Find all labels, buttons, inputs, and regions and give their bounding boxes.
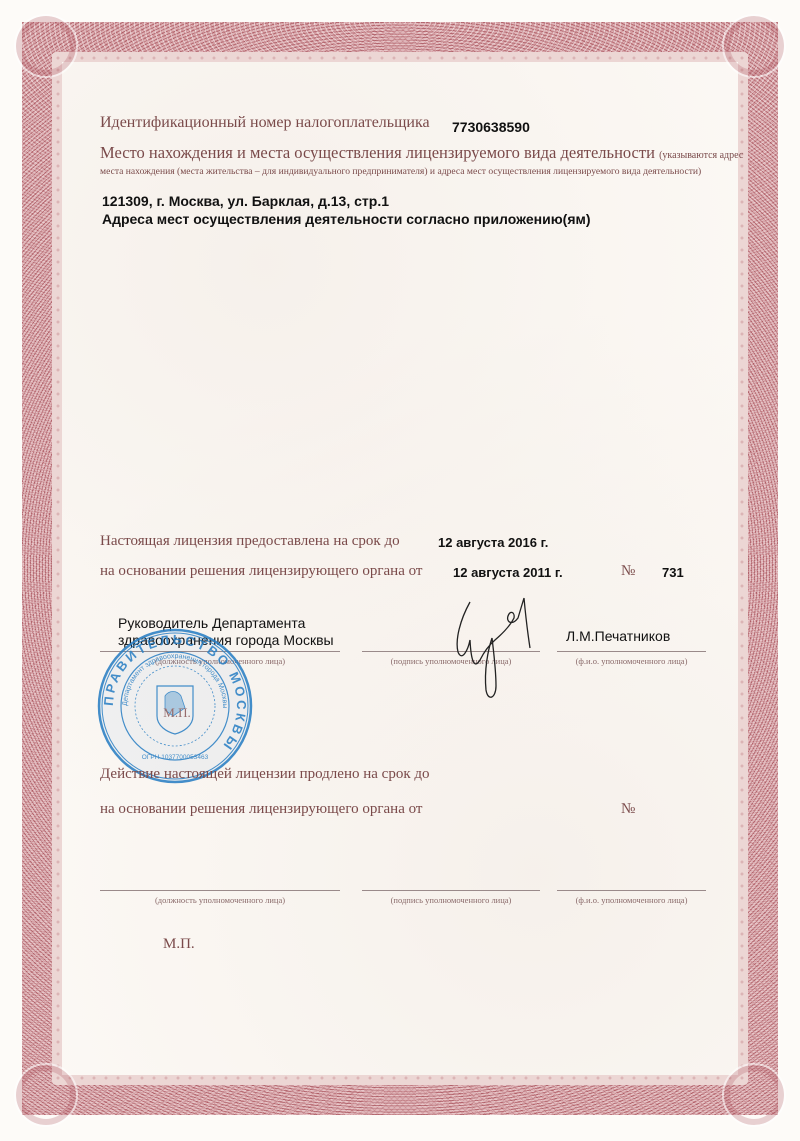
location-label: Место нахождения и места осуществления л… xyxy=(100,143,743,163)
term-label: Настоящая лицензия предоставлена на срок… xyxy=(100,533,400,550)
location-label-main: Место нахождения и места осуществления л… xyxy=(100,143,655,162)
corner-ornament-bottom-right xyxy=(722,1063,786,1127)
address-line-2: Адреса мест осуществления деятельности с… xyxy=(102,211,591,227)
signatory-name: Л.М.Печатников xyxy=(566,628,670,644)
corner-ornament-bottom-left xyxy=(14,1063,78,1127)
address-line-1: 121309, г. Москва, ул. Барклая, д.13, ст… xyxy=(102,193,389,209)
extension-caption-signature: (подпись уполномоченного лица) xyxy=(362,895,540,905)
official-stamp: ПРАВИТЕЛЬСТВО МОСКВЫ Департамент здравоо… xyxy=(95,626,255,786)
extension-signature-line-name xyxy=(557,890,706,891)
extension-signature-line-position xyxy=(100,890,340,891)
term-value: 12 августа 2016 г. xyxy=(438,535,548,550)
extension-term-label: Действие настоящей лицензии продлено на … xyxy=(100,766,430,783)
basis-label: на основании решения лицензирующего орга… xyxy=(100,563,422,580)
inn-value: 7730638590 xyxy=(452,119,530,135)
extension-signature-line-sign xyxy=(362,890,540,891)
inn-label: Идентификационный номер налогоплательщик… xyxy=(100,114,430,132)
extension-caption-position: (должность уполномоченного лица) xyxy=(100,895,340,905)
extension-mp-label: М.П. xyxy=(163,936,195,953)
extension-number-sign: № xyxy=(621,801,635,818)
handwritten-signature xyxy=(440,590,540,710)
location-note-1: (указываются адрес xyxy=(659,150,743,161)
number-sign: № xyxy=(621,563,635,580)
signature-line-name xyxy=(557,651,706,652)
stamp-mp-label: М.П. xyxy=(163,705,190,720)
extension-caption-name: (ф.и.о. уполномоченного лица) xyxy=(557,895,706,905)
caption-name: (ф.и.о. уполномоченного лица) xyxy=(557,656,706,666)
corner-ornament-top-right xyxy=(722,14,786,78)
license-number: 731 xyxy=(662,565,684,580)
basis-date: 12 августа 2011 г. xyxy=(453,565,563,580)
corner-ornament-top-left xyxy=(14,14,78,78)
stamp-ogrn: ОГРН 1037700053463 xyxy=(142,754,209,761)
extension-basis-label: на основании решения лицензирующего орга… xyxy=(100,801,422,818)
location-note-2: места нахождения (места жительства – для… xyxy=(100,166,701,177)
